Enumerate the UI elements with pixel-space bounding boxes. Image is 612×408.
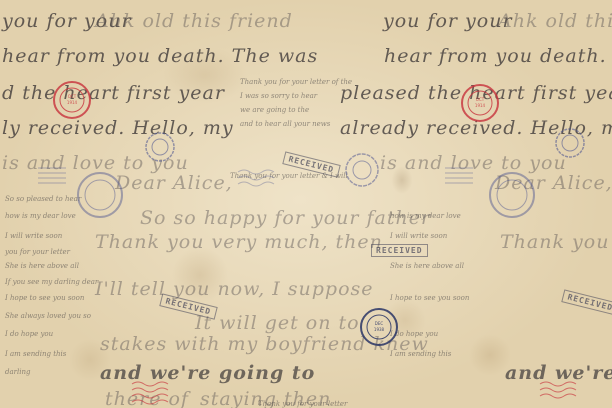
received-stamp: RECEIVED [371,244,428,257]
blue-postmark-icon [146,133,174,161]
svg-text:OCT: OCT [476,97,485,102]
blue-postmark-icon [490,173,534,217]
wavy-cancel-icon [445,168,473,183]
blue-postmark-icon [556,129,584,157]
blue-postmark-icon [346,154,378,186]
red-postmark-icon: OCT 1914 [462,85,498,121]
red-postmark-icon: OCT 1914 [54,82,90,118]
wavy-cancel-icon [38,168,66,183]
wavy-cancel-icon [132,382,168,404]
vintage-letter-texture: you for your Ahk old this friend you for… [0,0,612,408]
svg-text:1938: 1938 [374,327,385,332]
navy-postmark-icon: DEC 1938 [361,309,397,345]
blue-postmark-icon [78,173,122,217]
postmark-layer: OCT 1914 OCT 1914 [0,0,612,408]
wavy-cancel-icon [540,382,576,398]
svg-text:OCT: OCT [68,94,77,99]
svg-text:1914: 1914 [67,100,78,105]
svg-text:1914: 1914 [475,103,486,108]
svg-text:DEC: DEC [375,321,384,326]
wavy-cancel-icon [238,170,274,186]
